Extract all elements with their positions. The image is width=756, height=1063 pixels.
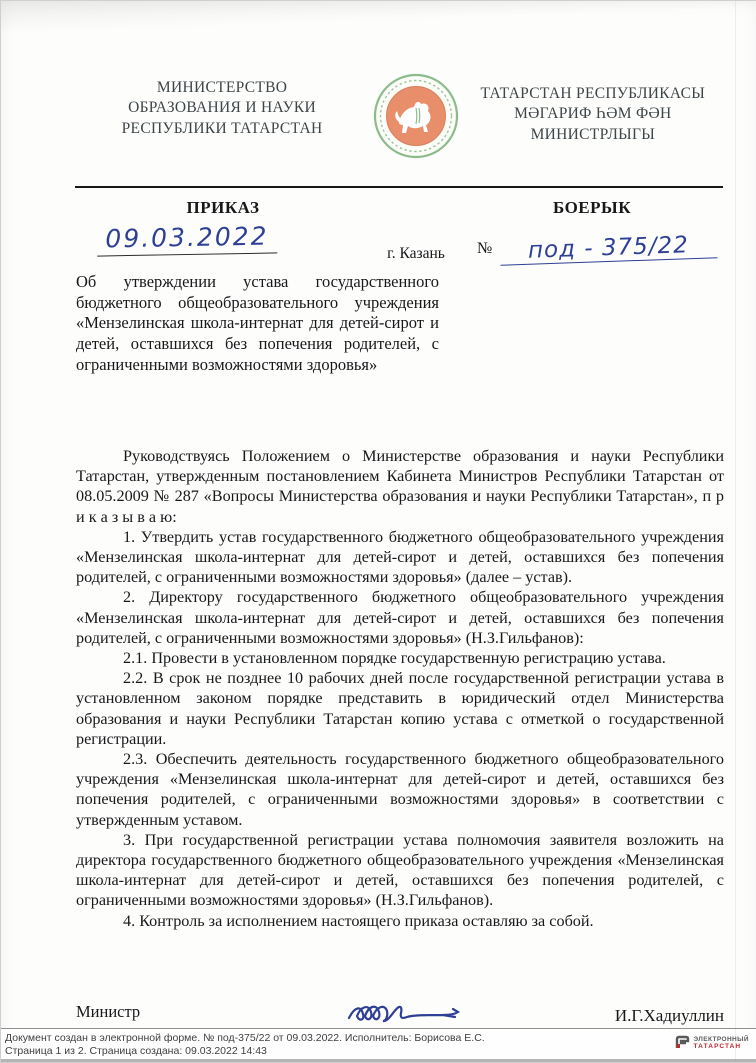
handwritten-signature-icon: [331, 996, 551, 1030]
signer-name: И.Г.Хадиуллин: [615, 1006, 724, 1026]
order-title-row: ПРИКАЗ БОЕРЫК: [73, 198, 725, 218]
ministry-ru-line1: МИНИСТЕРСТВО: [73, 78, 371, 98]
footer-line1: Документ создан в электронной форме. № п…: [5, 1032, 753, 1045]
handwritten-date: 09.03.2022: [105, 222, 269, 254]
city-label: г. Казань: [351, 245, 481, 263]
header-divider: [75, 186, 723, 188]
paragraph-item-1: 1. Утвердить устав государственного бюдж…: [76, 527, 724, 588]
paragraph-item-4: 4. Контроль за исполнением настоящего пр…: [76, 911, 724, 931]
ministry-ru-line3: РЕСПУБЛИКИ ТАТАРСТАН: [73, 119, 371, 139]
ministry-tt-line1: ТАТАРСТАН РЕСПУБЛИКАСЫ: [461, 84, 725, 104]
electronic-tatarstan-icon: [675, 1035, 690, 1050]
order-subject: Об утверждении устава государственного б…: [76, 272, 439, 376]
signer-position-label: Министр: [76, 1002, 140, 1022]
handwritten-date-field: 09.03.2022: [97, 221, 278, 256]
electronic-tatarstan-logo: ЭЛЕКТРОННЫЙ ТАТАРСТАН: [675, 1035, 749, 1050]
document-header: МИНИСТЕРСТВО ОБРАЗОВАНИЯ И НАУКИ РЕСПУБЛ…: [73, 69, 725, 163]
paragraph-item-2: 2. Директору государственного бюджетного…: [76, 587, 724, 648]
date-city-number-row: 09.03.2022 г. Казань № под - 375/22: [73, 223, 725, 275]
footer-line2: Страница 1 из 2. Страница создана: 09.03…: [5, 1045, 753, 1058]
ministry-name-tatar: ТАТАРСТАН РЕСПУБЛИКАСЫ МӘГАРИФ ҺӘМ ФӘН М…: [461, 69, 725, 145]
handwritten-number: под - 375/22: [528, 232, 690, 264]
tatarstan-emblem-icon: [373, 71, 459, 163]
order-title-tatar: БОЕРЫК: [459, 198, 725, 218]
paragraph-item-2-1: 2.1. Провести в установленном порядке го…: [76, 648, 724, 668]
paragraph-item-2-3: 2.3. Обеспечить деятельность государстве…: [76, 749, 724, 830]
ministry-tt-line2: МӘГАРИФ ҺӘМ ФӘН: [461, 104, 725, 124]
document-number-field: № под - 375/22: [477, 235, 717, 262]
paragraph-item-2-2: 2.2. В срок не позднее 10 рабочих дней п…: [76, 668, 724, 749]
electronic-tatarstan-wordmark: ЭЛЕКТРОННЫЙ ТАТАРСТАН: [693, 1036, 749, 1050]
paragraph-preamble: Руководствуясь Положением о Министерстве…: [76, 446, 724, 527]
paragraph-item-3: 3. При государственной регистрации устав…: [76, 830, 724, 911]
document-page: МИНИСТЕРСТВО ОБРАЗОВАНИЯ И НАУКИ РЕСПУБЛ…: [0, 0, 756, 1063]
ministry-tt-line3: МИНИСТРЛЫГЫ: [461, 125, 725, 145]
handwritten-number-line: под - 375/22: [500, 231, 718, 266]
number-sign: №: [477, 240, 492, 262]
order-body: Руководствуясь Положением о Министерстве…: [76, 446, 724, 931]
logo-word-tatarstan: ТАТАРСТАН: [693, 1043, 749, 1050]
logo-word-electronic: ЭЛЕКТРОННЫЙ: [693, 1036, 749, 1043]
ministry-name-russian: МИНИСТЕРСТВО ОБРАЗОВАНИЯ И НАУКИ РЕСПУБЛ…: [73, 69, 371, 139]
signature-row: Министр И.Г.Хадиуллин: [76, 998, 724, 1026]
emblem-container: [371, 69, 460, 163]
electronic-stamp-footer: Документ создан в электронной форме. № п…: [1, 1028, 756, 1062]
order-title-russian: ПРИКАЗ: [73, 198, 373, 218]
ministry-ru-line2: ОБРАЗОВАНИЯ И НАУКИ: [73, 98, 371, 118]
